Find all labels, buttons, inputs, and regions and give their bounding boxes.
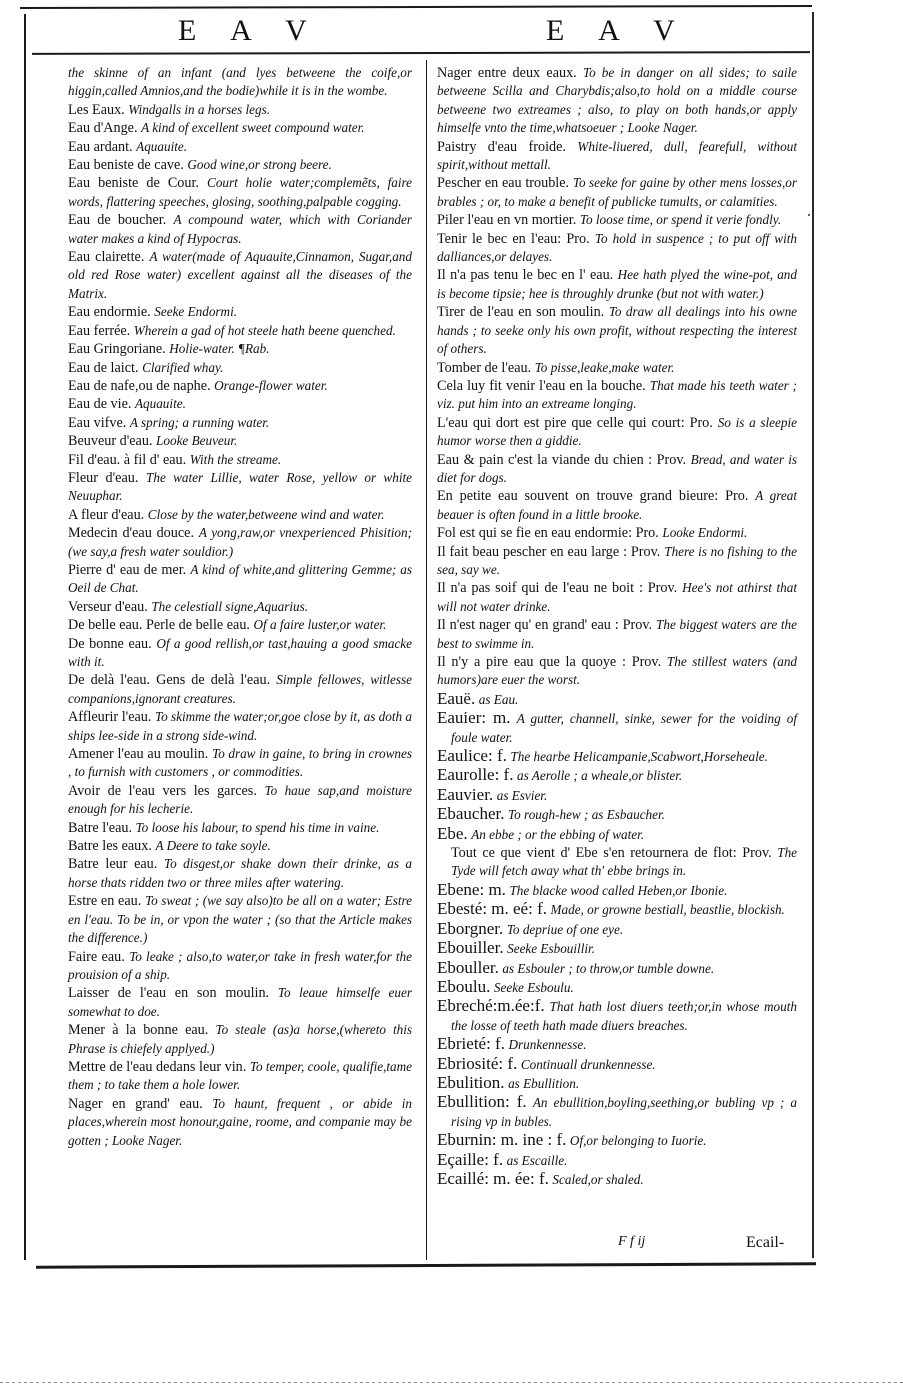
entry-headword: Il n'y a pire eau que la quoye : Prov. [437, 654, 661, 670]
dictionary-entry: Fleur d'eau. The water Lillie, water Ros… [68, 469, 412, 506]
entry-headword: Pierre d' eau de mer. [68, 562, 186, 578]
column-divider [426, 60, 427, 1260]
entry-definition: as Esbouler ; to throw,or tumble downe. [502, 961, 714, 976]
entry-definition: The blacke wood called Heben,or Ibonie. [509, 883, 727, 898]
dictionary-entry: Batre l'eau. To loose his labour, to spe… [68, 819, 412, 837]
entry-headword: Il n'a pas soif qui de l'eau ne boit : P… [437, 580, 677, 596]
left-column: the skinne of an infant (and lyes betwee… [68, 64, 412, 1150]
dictionary-entry: Eau clairette. A water(made of Aquauite,… [68, 248, 412, 303]
entry-definition: A kind of excellent sweet compound water… [141, 120, 365, 135]
entry-headword: Eau de nafe,ou de naphe. [68, 378, 211, 394]
entry-headword: Eau Gringoriane. [68, 341, 166, 357]
entry-definition: Holie-water. ¶Rab. [169, 341, 269, 356]
entry-headword: Pescher en eau trouble. [437, 175, 569, 191]
entry-definition: An ebbe ; or the ebbing of water. [471, 827, 644, 842]
dictionary-entry: Il n'y a pire eau que la quoye : Prov. T… [437, 653, 797, 690]
entry-headword: Eaurolle: f. [437, 765, 513, 784]
dictionary-entry: De belle eau. Perle de belle eau. Of a f… [68, 616, 412, 634]
dictionary-entry: Laisser de l'eau en son moulin. To leaue… [68, 984, 412, 1021]
dictionary-entry: Tout ce que vient d' Ebe s'en retournera… [437, 844, 797, 881]
entry-headword: Tout ce que vient d' Ebe s'en retournera… [451, 845, 772, 861]
entry-headword: De delà l'eau. Gens de delà l'eau. [68, 672, 270, 688]
entry-headword: De belle eau. Perle de belle eau. [68, 617, 250, 633]
dictionary-entry: Eau de boucher. A compound water, which … [68, 211, 412, 248]
entry-definition: Windgalls in a horses legs. [128, 102, 270, 117]
dictionary-entry: Avoir de l'eau vers les garces. To haue … [68, 782, 412, 819]
entry-headword: Ebesté: m. eé: f. [437, 899, 547, 918]
entry-headword: Verseur d'eau. [68, 599, 148, 615]
dictionary-entry: Il n'a pas soif qui de l'eau ne boit : P… [437, 579, 797, 616]
entry-headword: Batre les eaux. [68, 838, 152, 854]
dictionary-entry: Estre en eau. To sweat ; (we say also)to… [68, 892, 412, 947]
dictionary-entry: Eau d'Ange. A kind of excellent sweet co… [68, 119, 412, 137]
entry-headword: Eborgner. [437, 919, 503, 938]
entry-definition: as Ebullition. [508, 1076, 579, 1091]
entry-headword: Batre l'eau. [68, 820, 132, 836]
entry-headword: Eauë. [437, 689, 475, 708]
entry-headword: Il fait beau pescher en eau large : Prov… [437, 544, 660, 560]
dictionary-entry: Ebouller. as Esbouler ; to throw,or tumb… [437, 959, 797, 978]
dictionary-entry: Les Eaux. Windgalls in a horses legs. [68, 101, 412, 119]
dictionary-entry: Tirer de l'eau en son moulin. To draw al… [437, 303, 797, 358]
entry-headword: Eau vifve. [68, 415, 126, 431]
entry-definition: Made, or growne bestiall, beastlie, bloc… [551, 902, 785, 917]
dictionary-entry: Medecin d'eau douce. A yong,raw,or vnexp… [68, 524, 412, 561]
entry-definition: Aquauite. [136, 139, 187, 154]
entry-headword: En petite eau souvent on trouve grand bi… [437, 488, 748, 504]
entry-definition: Looke Endormi. [662, 525, 747, 540]
entry-definition: Seeke Esboulu. [494, 980, 574, 995]
dictionary-entry: Tomber de l'eau. To pisse,leake,make wat… [437, 359, 797, 377]
running-head-left: E A V [178, 14, 321, 48]
entry-headword: L'eau qui dort est pire que celle qui co… [437, 415, 713, 431]
entry-headword: Laisser de l'eau en son moulin. [68, 985, 269, 1001]
dictionary-entry: Ebriosité: f. Continuall drunkennesse. [437, 1055, 797, 1074]
dictionary-entry: Eauvier. as Esvier. [437, 786, 797, 805]
dictionary-entry: Eau beniste de cave. Good wine,or strong… [68, 156, 412, 174]
entry-headword: Ebouiller. [437, 938, 504, 957]
entry-definition: Wherein a gad of hot steele hath beene q… [134, 323, 396, 338]
entry-headword: Eau endormie. [68, 304, 151, 320]
dictionary-entry: Ebene: m. The blacke wood called Heben,o… [437, 881, 797, 900]
entry-headword: Ebriosité: f. [437, 1054, 517, 1073]
entry-definition: Close by the water,betweene wind and wat… [148, 507, 385, 522]
entry-headword: Les Eaux. [68, 102, 125, 118]
dictionary-entry: Eboulu. Seeke Esboulu. [437, 978, 797, 997]
catchword: Ecail- [746, 1234, 784, 1252]
entry-definition: Seeke Esbouillir. [507, 941, 595, 956]
entry-headword: Batre leur eau. [68, 856, 157, 872]
entry-definition: To depriue of one eye. [507, 922, 623, 937]
entry-headword: Eboulu. [437, 977, 490, 996]
dictionary-entry: Beuveur d'eau. Looke Beuveur. [68, 432, 412, 450]
entry-definition: as Aerolle ; a wheale,or blister. [517, 768, 682, 783]
entry-headword: Eauvier. [437, 785, 493, 804]
page-bottom-rule [36, 1262, 816, 1268]
entry-definition: Looke Beuveur. [156, 433, 237, 448]
entry-headword: Eau beniste de Cour. [68, 175, 199, 191]
dictionary-entry: Mener à la bonne eau. To steale (as)a ho… [68, 1021, 412, 1058]
dictionary-entry: Il n'est nager qu' en grand' eau : Prov.… [437, 616, 797, 653]
dictionary-entry: Batre les eaux. A Deere to take soyle. [68, 837, 412, 855]
dictionary-entry: Eau de nafe,ou de naphe. Orange-flower w… [68, 377, 412, 395]
dictionary-entry: Batre leur eau. To disgest,or shake down… [68, 855, 412, 892]
entry-definition: Of a faire luster,or water. [254, 617, 387, 632]
dictionary-entry: Fil d'eau. à fil d' eau. With the stream… [68, 451, 412, 469]
dictionary-entry: Eçaille: f. as Escaille. [437, 1151, 797, 1170]
dictionary-entry: Eau ferrée. Wherein a gad of hot steele … [68, 322, 412, 340]
entry-headword: Il n'est nager qu' en grand' eau : Prov. [437, 617, 652, 633]
page-frame-right-rule [812, 12, 814, 1258]
entry-definition: Aquauite. [135, 396, 186, 411]
entry-definition: The celestiall signe,Aquarius. [151, 599, 308, 614]
dictionary-entry: De delà l'eau. Gens de delà l'eau. Simpl… [68, 671, 412, 708]
entry-definition: Orange-flower water. [214, 378, 328, 393]
entry-definition: Continuall drunkennesse. [521, 1057, 656, 1072]
entry-headword: Ebreché:m.ée:f. [437, 996, 545, 1015]
entry-headword: Eau ferrée. [68, 323, 130, 339]
dictionary-entry: Ebullition: f. An ebullition,boyling,see… [437, 1093, 797, 1131]
dictionary-entry: En petite eau souvent on trouve grand bi… [437, 487, 797, 524]
entry-headword: Ebene: m. [437, 880, 506, 899]
entry-headword: Il n'a pas tenu le bec en l' eau. [437, 267, 613, 283]
dictionary-entry: Il n'a pas tenu le bec en l' eau. Hee ha… [437, 266, 797, 303]
dictionary-entry: Affleurir l'eau. To skimme the water;or,… [68, 708, 412, 745]
dictionary-entry: Ebe. An ebbe ; or the ebbing of water. [437, 825, 797, 844]
dictionary-entry: Pescher en eau trouble. To seeke for gai… [437, 174, 797, 211]
entry-headword: Ebe. [437, 824, 468, 843]
entry-definition: Of,or belonging to Iuorie. [570, 1133, 707, 1148]
dictionary-entry: Nager en grand' eau. To haunt, frequent … [68, 1095, 412, 1150]
entry-definition: Seeke Endormi. [154, 304, 237, 319]
entry-headword: De bonne eau. [68, 636, 152, 652]
entry-headword: Eburnin: m. ine : f. [437, 1130, 566, 1149]
dictionary-entry: Eau ardant. Aquauite. [68, 138, 412, 156]
dictionary-entry: Eau endormie. Seeke Endormi. [68, 303, 412, 321]
dictionary-entry: Eborgner. To depriue of one eye. [437, 920, 797, 939]
dictionary-entry: Amener l'eau au moulin. To draw in gaine… [68, 745, 412, 782]
entry-headword: Faire eau. [68, 949, 125, 965]
entry-headword: Nager entre deux eaux. [437, 65, 577, 81]
dictionary-entry: Eau de laict. Clarified whay. [68, 359, 412, 377]
entry-headword: A fleur d'eau. [68, 507, 144, 523]
entry-headword: Ebulition. [437, 1073, 505, 1092]
entry-headword: Eau ardant. [68, 139, 133, 155]
dictionary-entry: Il fait beau pescher en eau large : Prov… [437, 543, 797, 580]
dictionary-entry: Faire eau. To leake ; also,to water,or t… [68, 948, 412, 985]
entry-headword: Fil d'eau. à fil d' eau. [68, 452, 186, 468]
entry-definition: as Escaille. [507, 1153, 568, 1168]
scan-edge-noise [0, 1382, 903, 1383]
entry-headword: Piler l'eau en vn mortier. [437, 212, 576, 228]
entry-headword: Eau d'Ange. [68, 120, 138, 136]
entry-headword: Mener à la bonne eau. [68, 1022, 208, 1038]
dictionary-entry: Fol est qui se fie en eau endormie: Pro.… [437, 524, 797, 542]
dictionary-entry: Eau beniste de Cour. Court holie water;c… [68, 174, 412, 211]
entry-headword: Tirer de l'eau en son moulin. [437, 304, 604, 320]
entry-headword: Ebouller. [437, 958, 499, 977]
entry-headword: Eau de vie. [68, 396, 131, 412]
dictionary-entry: Eaulice: f. The hearbe Helicampanie,Scab… [437, 747, 797, 766]
entry-headword: Eau de laict. [68, 360, 139, 376]
dictionary-entry: A fleur d'eau. Close by the water,betwee… [68, 506, 412, 524]
entry-headword: Eauier: m. [437, 708, 511, 727]
entry-definition: Scaled,or shaled. [552, 1172, 643, 1187]
entry-headword: Eçaille: f. [437, 1150, 503, 1169]
entry-definition: To pisse,leake,make water. [535, 360, 675, 375]
entry-definition: as Esvier. [497, 788, 548, 803]
dictionary-entry: Piler l'eau en vn mortier. To loose time… [437, 211, 797, 229]
dictionary-entry: Paistry d'eau froide. White-liuered, dul… [437, 138, 797, 175]
entry-headword: Ebrieté: f. [437, 1034, 505, 1053]
entry-definition: To loose his labour, to spend his time i… [136, 820, 380, 835]
dictionary-entry: Eaurolle: f. as Aerolle ; a wheale,or bl… [437, 766, 797, 785]
entry-headword: Paistry d'eau froide. [437, 139, 566, 155]
right-column: Nager entre deux eaux. To be in danger o… [437, 64, 797, 1189]
entry-definition: Drunkennesse. [509, 1037, 587, 1052]
entry-definition: Good wine,or strong beere. [187, 157, 331, 172]
signature-mark: F f ij [618, 1234, 645, 1250]
entry-headword: Tomber de l'eau. [437, 360, 531, 376]
running-head-right: E A V [546, 14, 689, 48]
dictionary-entry: the skinne of an infant (and lyes betwee… [68, 64, 412, 101]
entry-headword: Nager en grand' eau. [68, 1096, 203, 1112]
dictionary-entry: De bonne eau. Of a good rellish,or tast,… [68, 635, 412, 672]
entry-headword: Beuveur d'eau. [68, 433, 153, 449]
entry-definition: the skinne of an infant (and lyes betwee… [68, 65, 412, 98]
entry-definition: The hearbe Helicampanie,Scabwort,Horsehe… [510, 749, 767, 764]
dictionary-entry: Verseur d'eau. The celestiall signe,Aqua… [68, 598, 412, 616]
entry-definition: A spring; a running water. [130, 415, 269, 430]
entry-definition: Clarified whay. [142, 360, 223, 375]
dictionary-entry: Eau de vie. Aquauite. [68, 395, 412, 413]
dictionary-entry: Ecaillé: m. ée: f. Scaled,or shaled. [437, 1170, 797, 1189]
entry-definition: as Eau. [479, 692, 519, 707]
dictionary-entry: Eau Gringoriane. Holie-water. ¶Rab. [68, 340, 412, 358]
dictionary-entry: Ebesté: m. eé: f. Made, or growne bestia… [437, 900, 797, 919]
entry-headword: Ebaucher. [437, 804, 505, 823]
entry-headword: Fleur d'eau. [68, 470, 138, 486]
dictionary-entry: Ebreché:m.ée:f. That hath lost diuers te… [437, 997, 797, 1035]
entry-headword: Estre en eau. [68, 893, 141, 909]
entry-headword: Fol est qui se fie en eau endormie: Pro. [437, 525, 659, 541]
entry-headword: Eaulice: f. [437, 746, 507, 765]
entry-definition: With the streame. [190, 452, 281, 467]
dictionary-entry: Eburnin: m. ine : f. Of,or belonging to … [437, 1131, 797, 1150]
dictionary-entry: Eau & pain c'est la viande du chien : Pr… [437, 451, 797, 488]
entry-definition: To rough-hew ; as Esbaucher. [508, 807, 665, 822]
entry-headword: Avoir de l'eau vers les garces. [68, 783, 257, 799]
dictionary-entry: Cela luy fit venir l'eau en la bouche. T… [437, 377, 797, 414]
dictionary-entry: L'eau qui dort est pire que celle qui co… [437, 414, 797, 451]
entry-headword: Cela luy fit venir l'eau en la bouche. [437, 378, 646, 394]
dictionary-entry: Tenir le bec en l'eau: Pro. To hold in s… [437, 230, 797, 267]
dictionary-entry: Eauë. as Eau. [437, 690, 797, 709]
dictionary-entry: Ebulition. as Ebullition. [437, 1074, 797, 1093]
entry-headword: Ecaillé: m. ée: f. [437, 1169, 549, 1188]
entry-headword: Eau clairette. [68, 249, 144, 265]
dictionary-entry: Mettre de l'eau dedans leur vin. To temp… [68, 1058, 412, 1095]
entry-headword: Ebullition: f. [437, 1092, 527, 1111]
dictionary-entry: Ebrieté: f. Drunkennesse. [437, 1035, 797, 1054]
dictionary-entry: Nager entre deux eaux. To be in danger o… [437, 64, 797, 138]
entry-headword: Eau de boucher. [68, 212, 166, 228]
entry-definition: To loose time, or spend it verie fondly. [580, 212, 781, 227]
dictionary-entry: Ebouiller. Seeke Esbouillir. [437, 939, 797, 958]
margin-speck [808, 214, 810, 216]
entry-headword: Amener l'eau au moulin. [68, 746, 208, 762]
dictionary-entry: Pierre d' eau de mer. A kind of white,an… [68, 561, 412, 598]
entry-headword: Affleurir l'eau. [68, 709, 151, 725]
entry-headword: Eau beniste de cave. [68, 157, 184, 173]
entry-headword: Eau & pain c'est la viande du chien : Pr… [437, 452, 686, 468]
dictionary-entry: Eauier: m. A gutter, channell, sinke, se… [437, 709, 797, 747]
entry-definition: A Deere to take soyle. [155, 838, 270, 853]
entry-headword: Tenir le bec en l'eau: Pro. [437, 231, 590, 247]
entry-headword: Mettre de l'eau dedans leur vin. [68, 1059, 246, 1075]
running-head-rule [32, 51, 810, 55]
dictionary-entry: Ebaucher. To rough-hew ; as Esbaucher. [437, 805, 797, 824]
entry-headword: Medecin d'eau douce. [68, 525, 194, 541]
page-frame-top-rule [20, 5, 812, 9]
page-frame-left-rule [24, 14, 26, 1260]
dictionary-entry: Eau vifve. A spring; a running water. [68, 414, 412, 432]
